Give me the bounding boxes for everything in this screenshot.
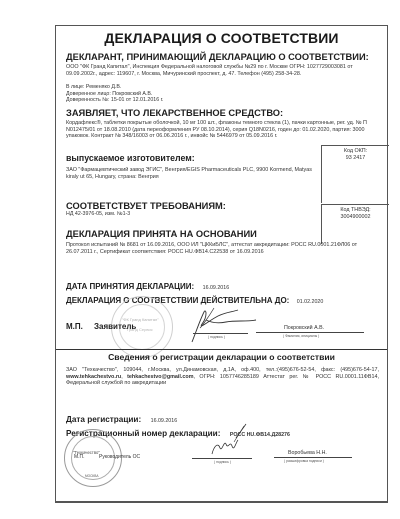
okp-value: 93 2417 [322, 155, 389, 162]
body-signature-icon [206, 422, 256, 458]
requirements-text: НД 42-3976-05, изм. №1-3 [66, 211, 130, 217]
declarant-trustee: Доверенное лицо: Покровский А.В. [66, 91, 152, 97]
tnved-value: 3004900002 [322, 214, 389, 221]
body-mp: М.П. [74, 454, 85, 460]
body-name-caption: ( расшифровка подписи ) [284, 459, 324, 463]
registration-website-link[interactable]: www.tehkachestvo.ru [66, 374, 121, 380]
manufacturer-heading: выпускаемое изготовителем: [66, 153, 195, 163]
okp-code-box: Код ОКП: 93 2417 [321, 145, 389, 203]
tnved-code-box: Код ТНВЭД: 3004900002 [321, 204, 389, 244]
applicant-role: Заявитель [94, 322, 136, 331]
declarant-person: В лице: Ременяко Д.В. [66, 84, 121, 90]
body-name-line [274, 457, 352, 458]
registration-heading: Сведения о регистрации декларации о соот… [56, 352, 387, 362]
tnved-label: Код ТНВЭД: [322, 207, 389, 214]
valid-until-value: 01.02.2020 [297, 299, 324, 305]
applicant-name-caption: ( Фамилия, инициалы ) [283, 334, 319, 338]
applicant-signature-line [193, 333, 248, 334]
body-role: Руководитель ОС [99, 454, 140, 460]
okp-label: Код ОКП: [322, 148, 389, 155]
applicant-signature-caption: ( подпись ) [208, 335, 225, 339]
registration-text: ЗАО "Техкачество", 109044, г.Москва, ул.… [66, 367, 379, 387]
applicant-mp: М.П. [66, 322, 83, 331]
applicant-signature-icon [186, 302, 266, 344]
declarant-text: ООО "ФК Гранд Капитал", Инспекция Федера… [66, 64, 378, 77]
basis-text: Протокол испытаний № 8681 от 16.09.2016,… [66, 242, 366, 255]
product-heading: ЗАЯВЛЯЕТ, ЧТО ЛЕКАРСТВЕННОЕ СРЕДСТВО: [66, 108, 283, 118]
body-signature-line [192, 458, 252, 459]
declarant-heading: ДЕКЛАРАНТ, ПРИНИМАЮЩИЙ ДЕКЛАРАЦИЮ О СООТ… [66, 52, 369, 62]
stamp-bottom-text: МОСКВА [85, 474, 98, 478]
power-of-attorney: Доверенность №: 15-01 от 12.01.2016 г. [66, 97, 163, 103]
document-title: ДЕКЛАРАЦИЯ О СООТВЕТСТВИИ [56, 30, 387, 46]
applicant-name: Покровский А.В. [284, 325, 324, 331]
applicant-name-line [256, 332, 364, 333]
basis-heading: ДЕКЛАРАЦИЯ ПРИНЯТА НА ОСНОВАНИИ [66, 229, 257, 239]
declaration-document: ДЕКЛАРАЦИЯ О СООТВЕТСТВИИ ДЕКЛАРАНТ, ПРИ… [55, 25, 388, 503]
requirements-heading: СООТВЕТСТВУЕТ ТРЕБОВАНИЯМ: [66, 201, 226, 211]
manufacturer-text: ЗАО "Фармацевтический завод ЭГИС", Венгр… [66, 167, 316, 180]
body-signer-name: Воробьева Н.Н. [288, 450, 327, 456]
section-separator [56, 349, 387, 350]
registration-email-link[interactable]: tehkachestvo@gmail.com [127, 374, 193, 380]
body-signature-caption: ( подпись ) [214, 460, 231, 464]
product-text: Кордафлекс®, таблетки покрытые оболочкой… [66, 120, 384, 140]
